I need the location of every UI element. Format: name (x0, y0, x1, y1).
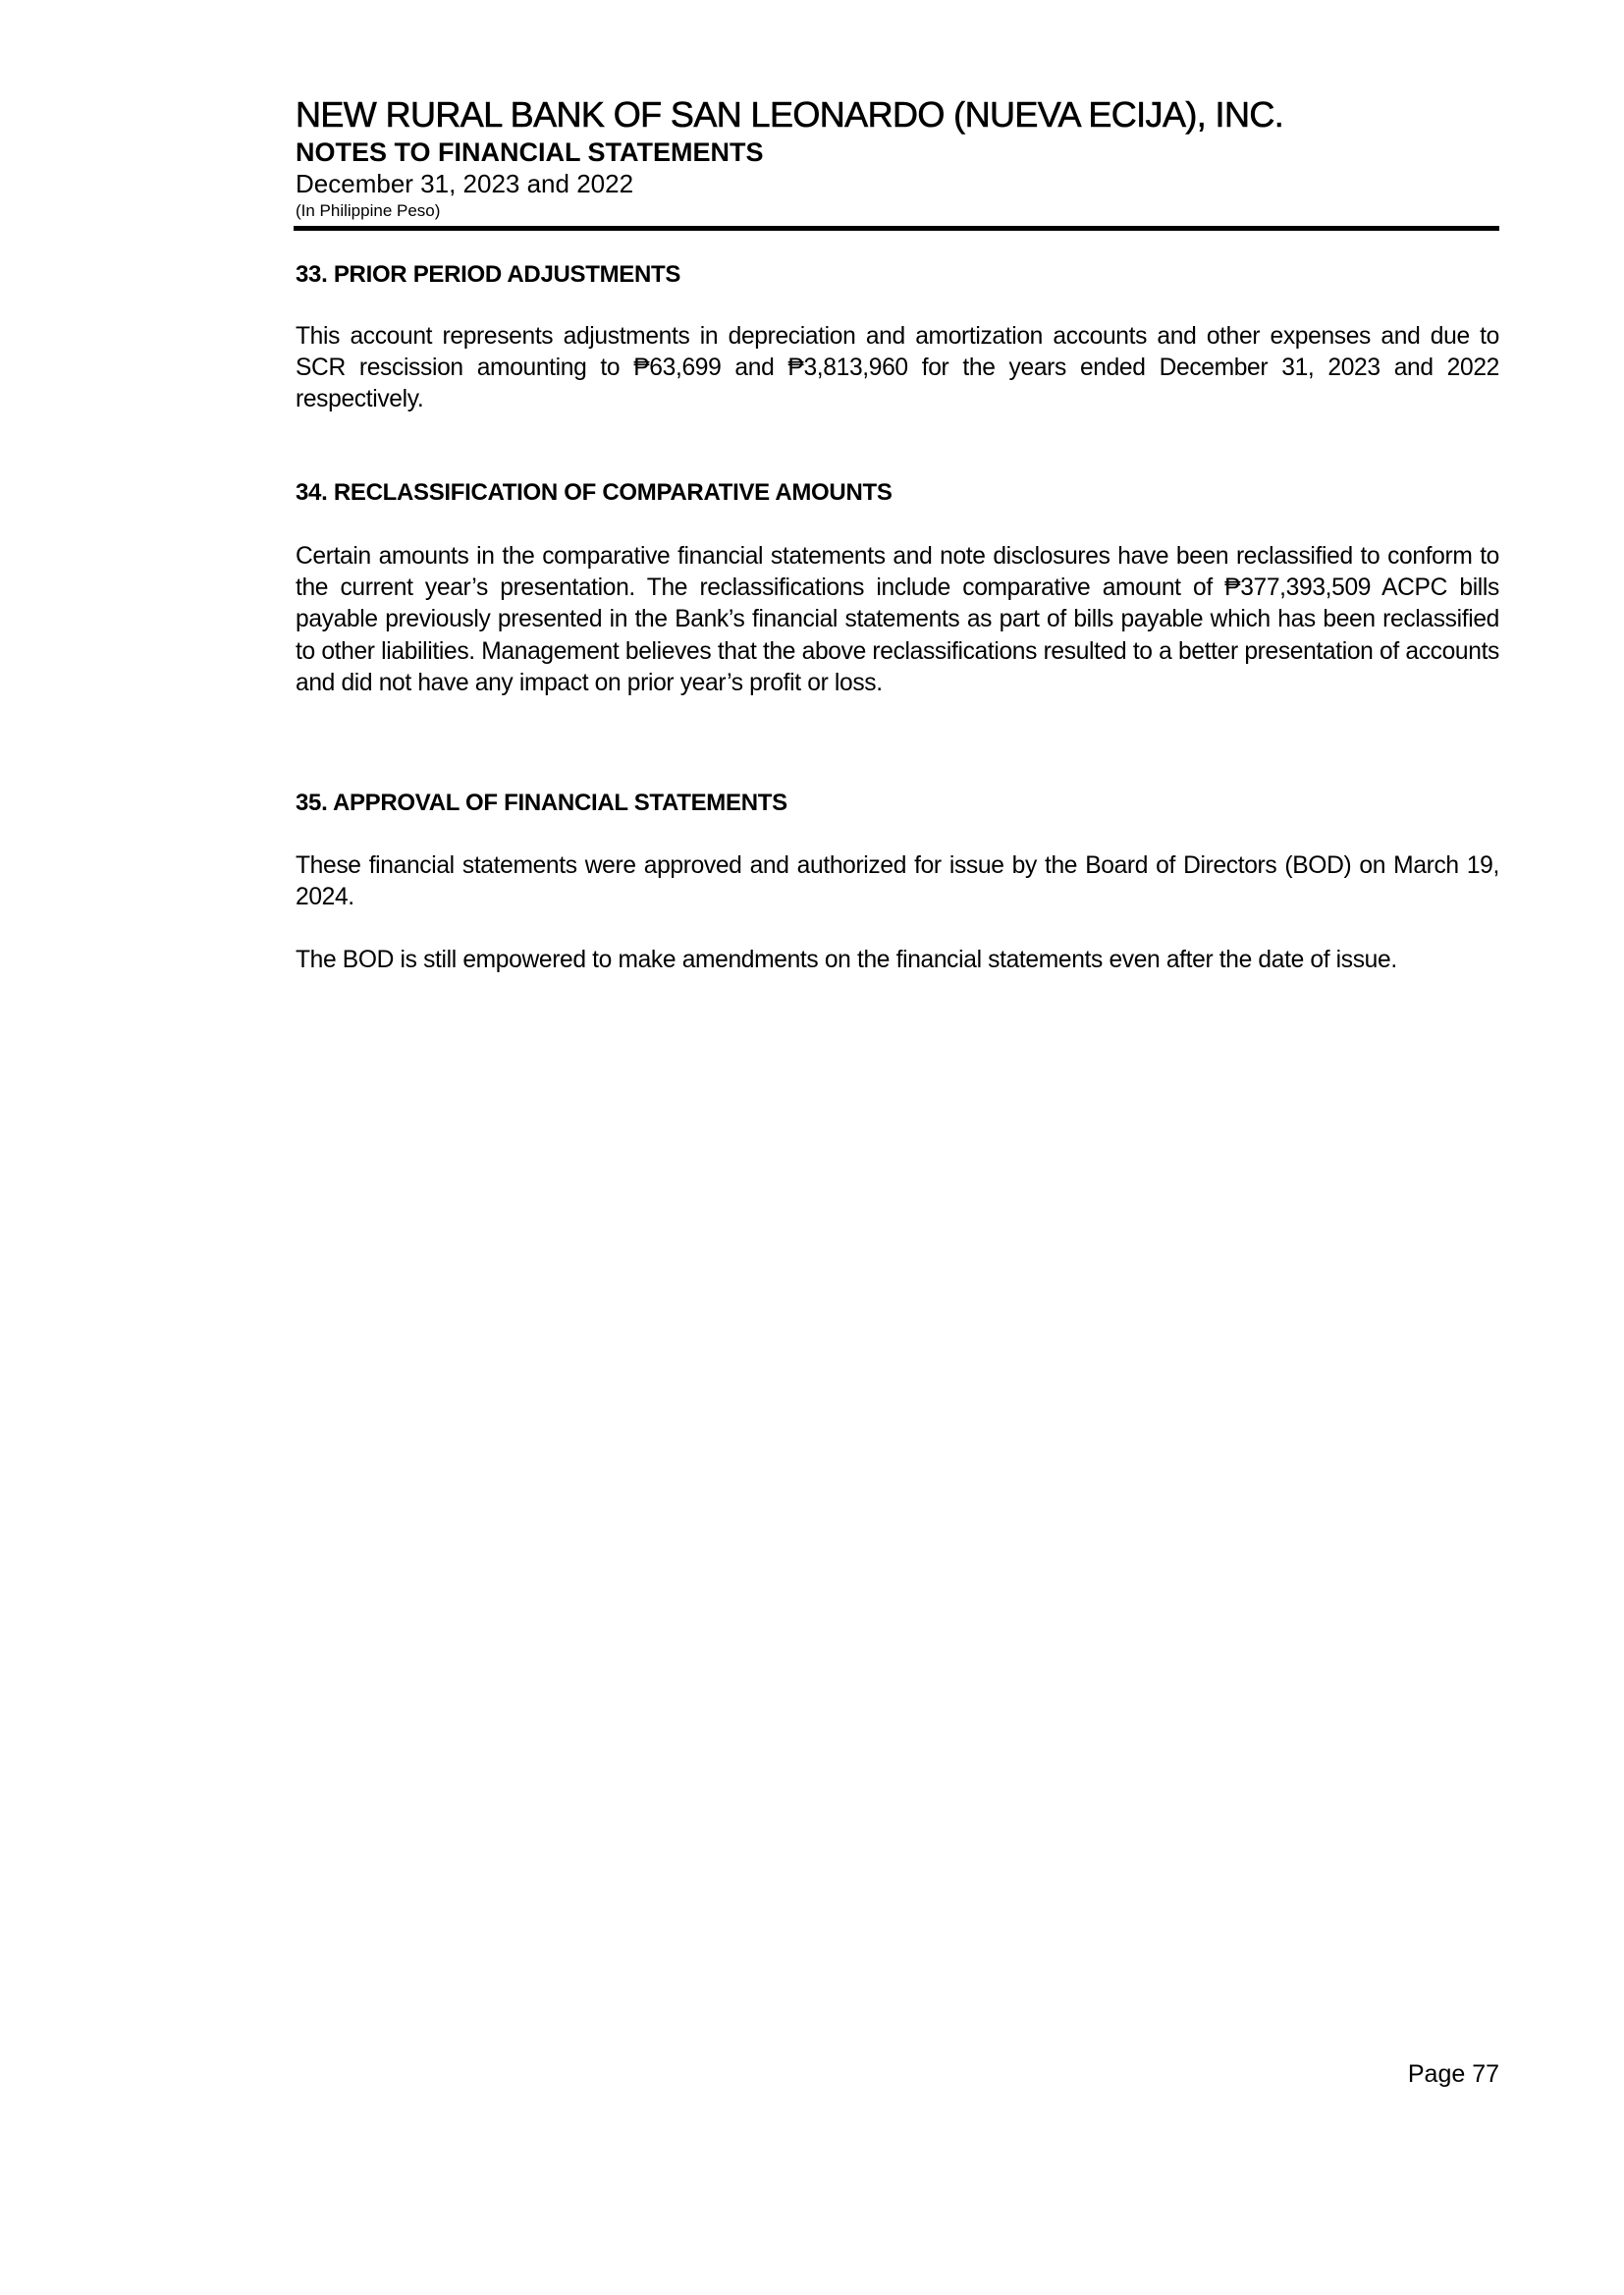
section-35-paragraph-1: These financial statements were approved… (296, 850, 1499, 913)
section-35-paragraph-2: The BOD is still empowered to make amend… (296, 945, 1499, 976)
section-33-title: 33. PRIOR PERIOD ADJUSTMENTS (296, 261, 680, 289)
section-33-paragraph: This account represents adjustments in d… (296, 321, 1499, 416)
section-35-title: 35. APPROVAL OF FINANCIAL STATEMENTS (296, 790, 787, 817)
section-34-paragraph: Certain amounts in the comparative finan… (296, 541, 1499, 699)
document-title: NOTES TO FINANCIAL STATEMENTS (296, 137, 764, 168)
header-rule (294, 226, 1499, 231)
page-number: Page 77 (1408, 2060, 1499, 2089)
currency-note: (In Philippine Peso) (296, 201, 440, 221)
company-name: NEW RURAL BANK OF SAN LEONARDO (NUEVA EC… (296, 94, 1283, 136)
section-34-title: 34. RECLASSIFICATION OF COMPARATIVE AMOU… (296, 479, 893, 507)
reporting-period: December 31, 2023 and 2022 (296, 169, 633, 199)
